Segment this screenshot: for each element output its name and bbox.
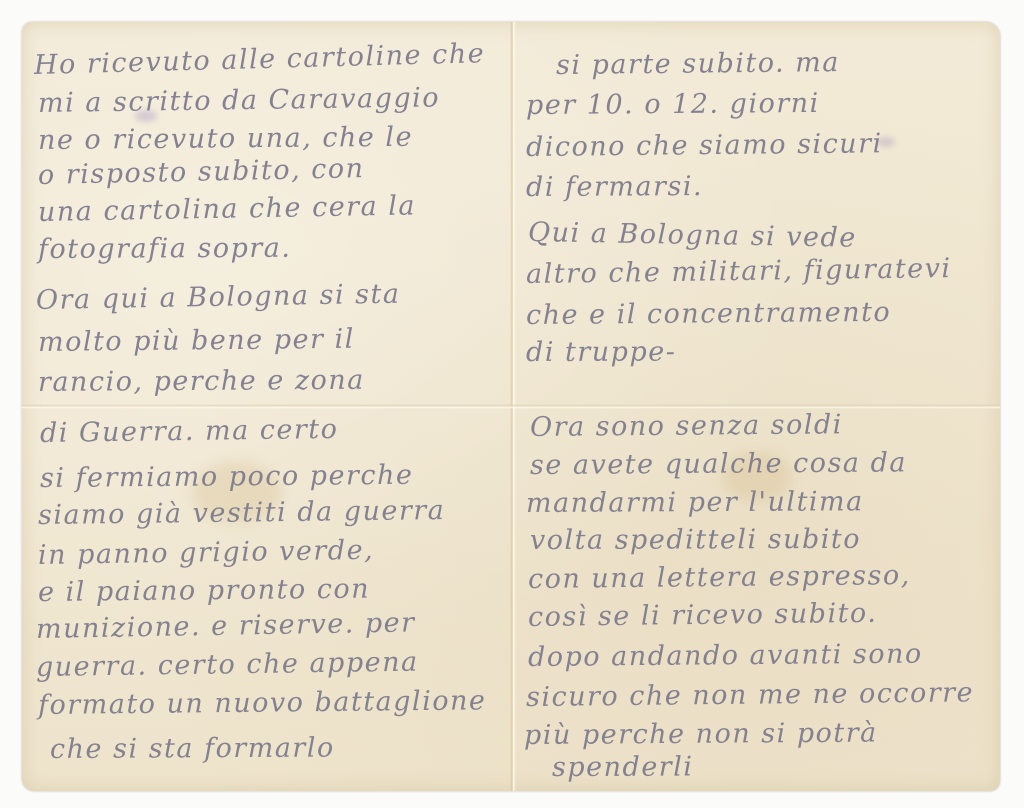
handwritten-line: molto più bene per il xyxy=(38,324,355,358)
handwritten-line: più perche non si potrà xyxy=(524,718,878,751)
handwritten-line: dopo andando avanti sono xyxy=(528,639,923,673)
handwritten-line: altro che militari, figuratevi xyxy=(526,253,952,290)
handwritten-line: Ora qui a Bologna si sta xyxy=(36,279,401,316)
handwritten-line: Ho ricevuto alle cartoline che xyxy=(34,38,486,81)
handwritten-line: Ora sono senza soldi xyxy=(530,409,843,443)
handwritten-line: per 10. o 12. giorni xyxy=(526,88,820,121)
handwritten-line: così se li ricevo subito. xyxy=(528,598,878,633)
handwritten-line: di Guerra. ma certo xyxy=(40,414,339,449)
handwritten-line: in panno grigio verde, xyxy=(38,535,375,571)
handwritten-line: o risposto subito, con xyxy=(38,153,365,191)
handwritten-line: che si sta formarlo xyxy=(50,733,335,765)
handwritten-line: e il paiano pronto con xyxy=(38,574,370,608)
handwritten-line: di fermarsi. xyxy=(526,171,703,203)
handwritten-line: munizione. e riserve. per xyxy=(36,607,416,645)
handwritten-line: fotografia sopra. xyxy=(38,233,292,265)
handwritten-line: formato un nuovo battaglione xyxy=(38,685,487,721)
right-page: si parte subito. ma per 10. o 12. giorni… xyxy=(516,22,1000,791)
left-page: Ho ricevuto alle cartoline che mi a scri… xyxy=(22,22,510,791)
handwritten-line: dicono che siamo sicuri xyxy=(526,128,883,163)
letter-sheet: Ho ricevuto alle cartoline che mi a scri… xyxy=(22,22,1000,791)
handwritten-line: spenderli xyxy=(552,752,694,783)
handwritten-line: Qui a Bologna si vede xyxy=(528,217,857,254)
handwritten-line: siamo già vestiti da guerra xyxy=(38,495,446,531)
handwritten-line: si fermiamo poco perche xyxy=(40,460,414,494)
handwritten-line: di truppe- xyxy=(526,336,676,368)
handwritten-line: rancio, perche e zona xyxy=(38,365,365,398)
handwritten-line: che e il concentramento xyxy=(526,297,891,331)
handwritten-line: mi a scritto da Caravaggio xyxy=(38,82,440,119)
handwritten-line: con una lettera espresso, xyxy=(528,560,911,595)
handwritten-line: se avete qualche cosa da xyxy=(530,447,907,481)
handwritten-line: mandarmi per l'ultima xyxy=(526,486,864,519)
handwritten-line: si parte subito. ma xyxy=(556,47,840,81)
handwritten-line: volta speditteli subito xyxy=(530,524,861,556)
handwritten-line: una cartolina che cera la xyxy=(38,190,417,228)
handwritten-line: ne o ricevuto una, che le xyxy=(38,122,413,156)
handwritten-line: guerra. certo che appena xyxy=(36,647,419,683)
handwritten-line: sicuro che non me ne occorre xyxy=(526,677,974,713)
